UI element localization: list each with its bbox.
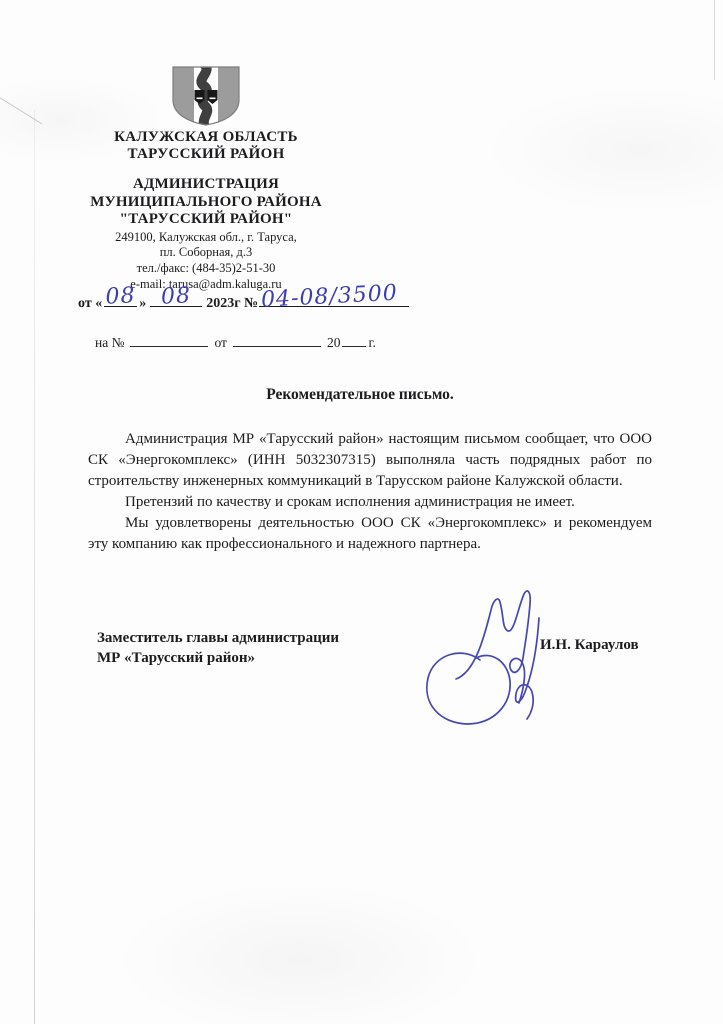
address-line-1: 249100, Калужская обл., г. Таруса, xyxy=(40,231,372,245)
scanned-letter-page: КАЛУЖСКАЯ ОБЛАСТЬ ТАРУССКИЙ РАЙОН АДМИНИ… xyxy=(0,0,723,1024)
reply-suffix: г. xyxy=(368,335,375,350)
letterhead: КАЛУЖСКАЯ ОБЛАСТЬ ТАРУССКИЙ РАЙОН АДМИНИ… xyxy=(40,66,372,292)
reply-date-blank xyxy=(233,331,321,347)
reply-year-blank xyxy=(342,331,366,347)
handwritten-day: 08 xyxy=(104,283,138,310)
outgoing-reference-line: от «08»082023г №04-08/3500 xyxy=(78,291,409,312)
letter-title: Рекомендательное письмо. xyxy=(80,386,640,404)
scan-artifact-right-line xyxy=(714,0,715,80)
date-month-blank: 08 xyxy=(150,291,202,307)
phone-line: тел./факс: (484-35)2-51-30 xyxy=(40,262,372,276)
handwritten-signature-icon xyxy=(420,580,555,728)
region-line-1: КАЛУЖСКАЯ ОБЛАСТЬ xyxy=(40,129,372,146)
date-prefix: от « xyxy=(78,296,102,311)
reply-prefix: на № xyxy=(95,335,124,350)
reply-from-label: от xyxy=(214,335,226,350)
scan-artifact-diagonal xyxy=(0,96,42,124)
signer-position-line-2: МР «Тарусский район» xyxy=(97,649,339,669)
year-and-number-label: 2023г № xyxy=(206,296,258,311)
region-line-2: ТАРУССКИЙ РАЙОН xyxy=(40,146,372,163)
paragraph-3: Мы удовлетворены деятельностью ООО СК «Э… xyxy=(88,513,652,555)
date-day-blank: 08 xyxy=(104,291,137,307)
reply-year-prefix: 20 xyxy=(327,335,341,350)
signer-name: И.Н. Караулов xyxy=(540,637,639,654)
coat-of-arms-icon xyxy=(171,66,241,126)
address-line-2: пл. Соборная, д.3 xyxy=(40,246,372,260)
scan-artifact-left-line xyxy=(34,110,35,1024)
org-line-3: "ТАРУССКИЙ РАЙОН" xyxy=(40,211,372,229)
signer-position: Заместитель главы администрации МР «Тару… xyxy=(97,629,339,668)
org-line-1: АДМИНИСТРАЦИЯ xyxy=(40,176,372,194)
letter-body: Администрация МР «Тарусский район» насто… xyxy=(88,429,652,555)
reply-number-blank xyxy=(130,331,208,347)
number-blank: 04-08/3500 xyxy=(259,291,409,307)
paragraph-2: Претензий по качеству и срокам исполнени… xyxy=(88,492,652,513)
paragraph-1: Администрация МР «Тарусский район» насто… xyxy=(88,429,652,492)
org-line-2: МУНИЦИПАЛЬНОГО РАЙОНА xyxy=(40,194,372,212)
quote-close: » xyxy=(139,296,146,311)
signer-position-line-1: Заместитель главы администрации xyxy=(97,629,339,649)
incoming-reference-line: на №от20г. xyxy=(95,331,376,351)
handwritten-month: 08 xyxy=(150,283,203,311)
